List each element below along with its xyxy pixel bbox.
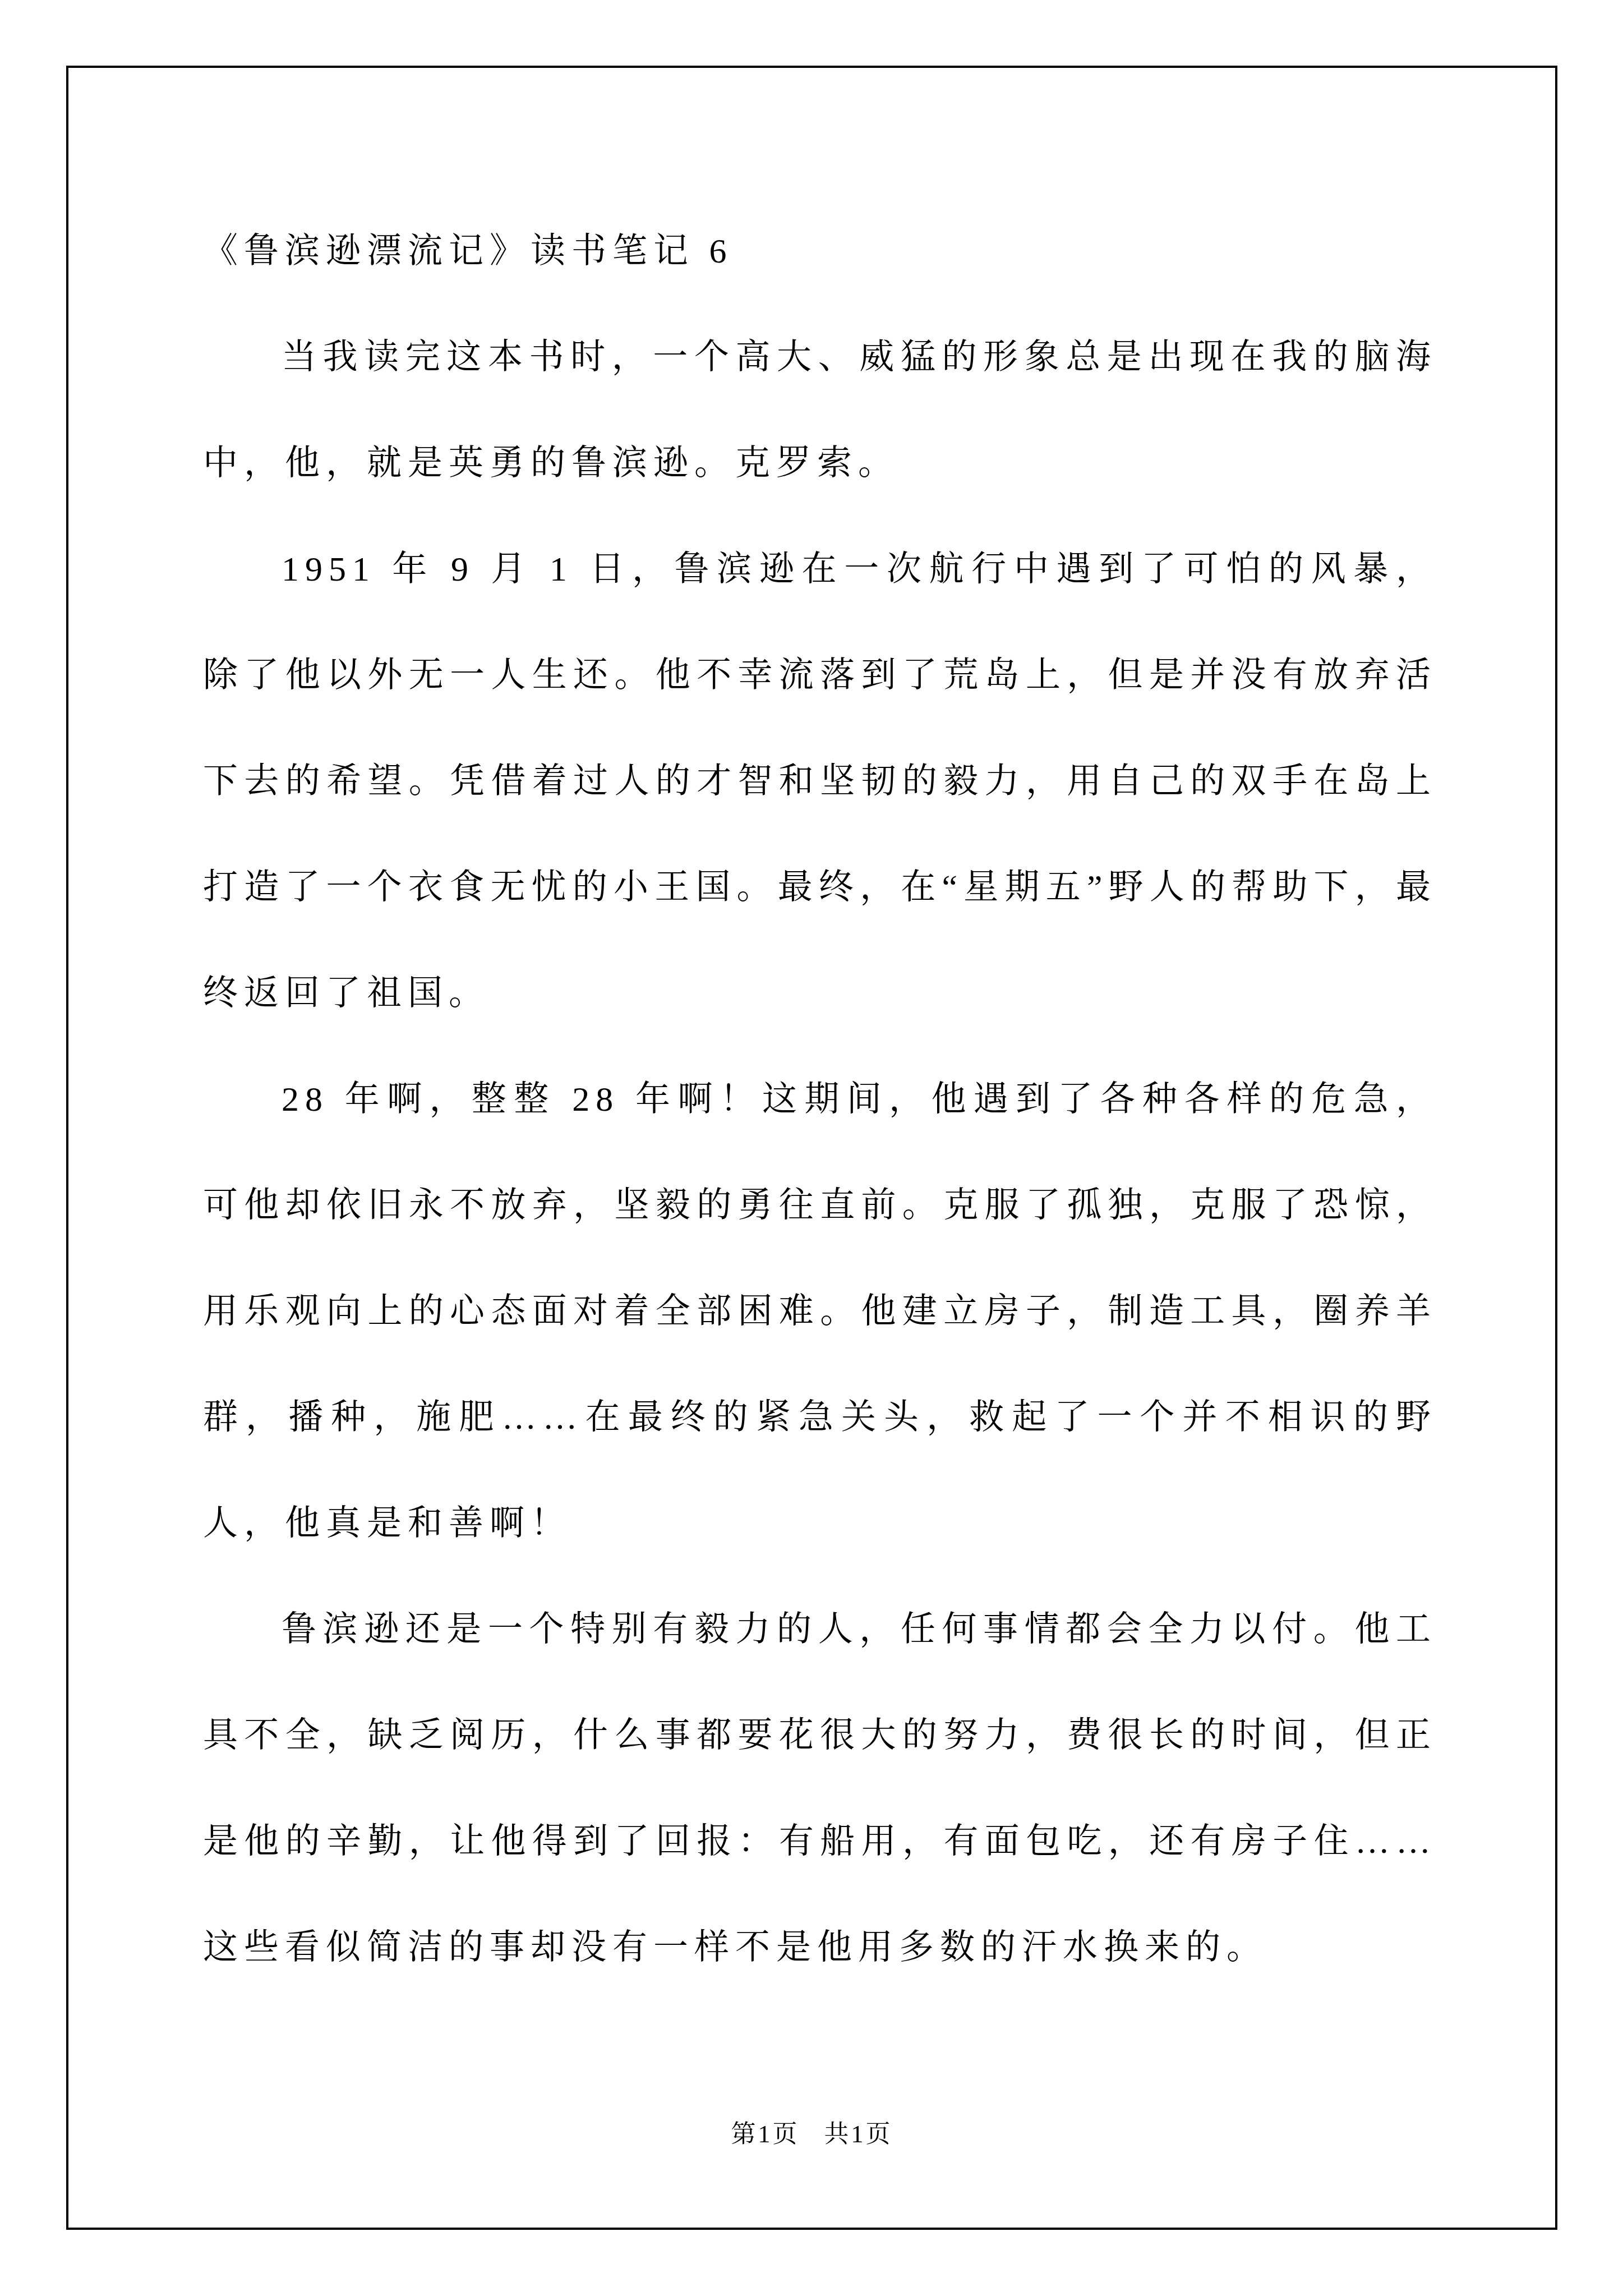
page-number-current: 第1页 [731, 2120, 800, 2148]
page-content: 《鲁滨逊漂流记》读书笔记 6 当我读完这本书时，一个高大、威猛的形象总是出现在我… [203, 199, 1437, 2001]
paragraph-storm: 1951 年 9 月 1 日，鲁滨逊在一次航行中遇到了可怕的风暴，除了他以外无一… [203, 517, 1437, 1047]
page-border: 《鲁滨逊漂流记》读书笔记 6 当我读完这本书时，一个高大、威猛的形象总是出现在我… [66, 66, 1557, 2230]
document-title: 《鲁滨逊漂流记》读书笔记 6 [203, 199, 1437, 305]
paragraph-perseverance: 鲁滨逊还是一个特别有毅力的人，任何事情都会全力以付。他工具不全，缺乏阅历，什么事… [203, 1577, 1437, 2001]
document-page: 《鲁滨逊漂流记》读书笔记 6 当我读完这本书时，一个高大、威猛的形象总是出现在我… [0, 0, 1623, 2296]
paragraph-28-years: 28 年啊，整整 28 年啊！这期间，他遇到了各种各样的危急，可他却依旧永不放弃… [203, 1047, 1437, 1577]
page-footer: 第1页共1页 [68, 2121, 1555, 2148]
paragraph-intro: 当我读完这本书时，一个高大、威猛的形象总是出现在我的脑海中，他，就是英勇的鲁滨逊… [203, 305, 1437, 517]
page-number-total: 共1页 [824, 2120, 893, 2148]
